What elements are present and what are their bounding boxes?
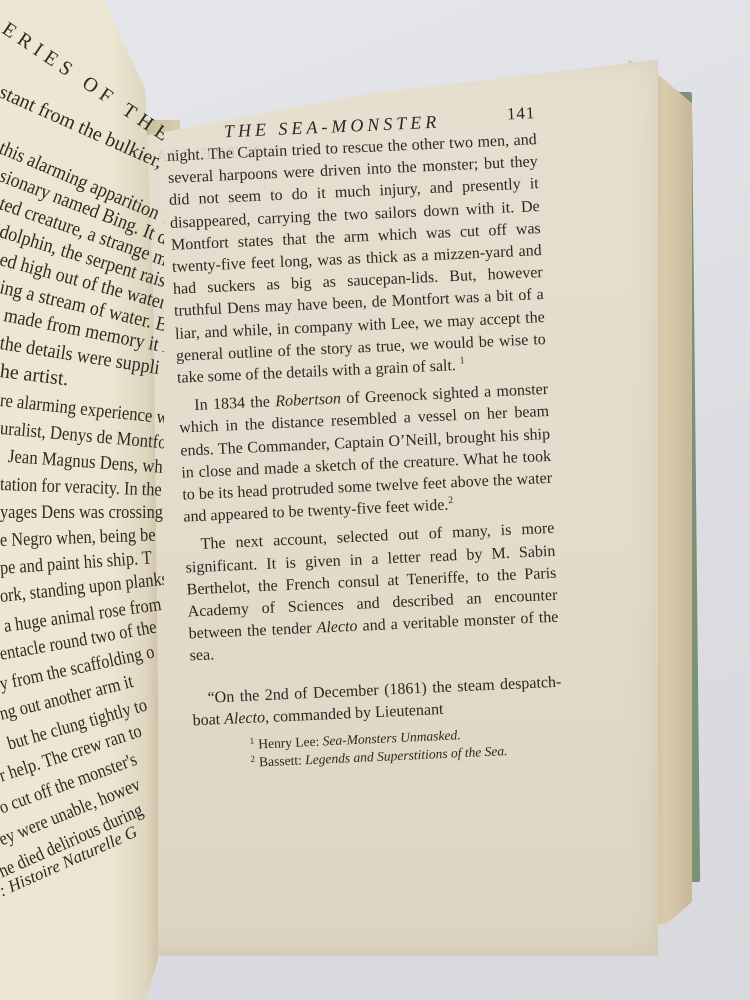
ship-name: Robertson bbox=[275, 391, 341, 411]
right-page-text: N TRE SEA-M THE SEA-MONSTER 141 night. T… bbox=[165, 95, 565, 774]
paragraph-3: The next account, selected out of many, … bbox=[184, 518, 560, 668]
footnote-ref: 2 bbox=[448, 495, 453, 506]
ship-name: Alecto bbox=[316, 618, 358, 637]
paragraph-text: In 1834 the bbox=[194, 394, 276, 415]
left-line: yages Dens was crossing bbox=[0, 502, 163, 524]
paragraph-2: In 1834 the Robertson of Greenock sighte… bbox=[178, 379, 554, 529]
left-line: he artist. bbox=[0, 360, 70, 391]
paragraph-1: night. The Captain tried to rescue the o… bbox=[167, 129, 548, 390]
left-page-text: ERIES OF THE S stant from the bulkier, b… bbox=[0, 10, 164, 890]
footnote-ref: 1 bbox=[459, 355, 464, 366]
page-number: 141 bbox=[507, 103, 536, 124]
footnote-mark: 1 bbox=[249, 735, 254, 745]
footnote-author: Henry Lee: bbox=[258, 734, 323, 752]
ship-name: Alecto bbox=[224, 709, 266, 728]
paragraph-line: salt. bbox=[429, 357, 460, 375]
footnote-author: Bassett: bbox=[259, 752, 306, 769]
paragraph-text: , commanded by Lieutenant bbox=[265, 701, 444, 726]
left-line: tation for veracity. In the bbox=[0, 474, 162, 502]
footnote-mark: 2 bbox=[250, 753, 255, 763]
